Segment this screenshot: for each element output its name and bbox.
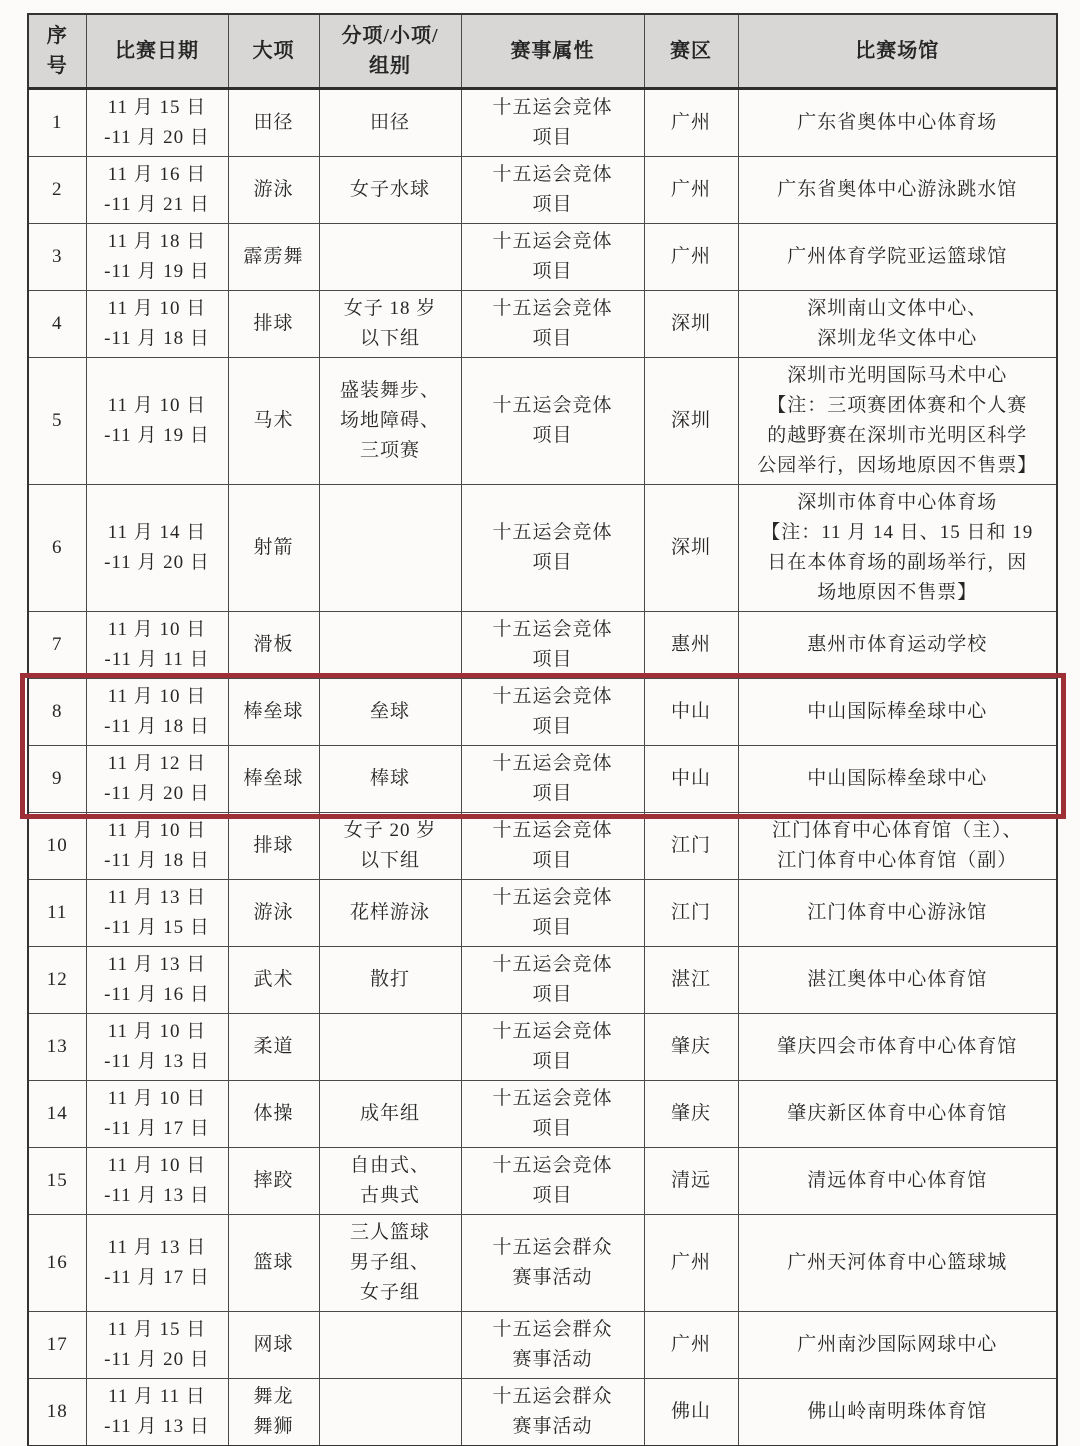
competition-zone: 广州	[644, 224, 738, 291]
column-header-event-attribute: 赛事属性	[461, 14, 644, 89]
major-event: 排球	[228, 813, 319, 880]
major-event: 游泳	[228, 880, 319, 947]
major-event: 网球	[228, 1312, 319, 1379]
sub-event-group: 成年组	[319, 1081, 461, 1148]
column-header-competition-zone: 赛区	[644, 14, 738, 89]
competition-zone: 清远	[644, 1148, 738, 1215]
row-number: 1	[28, 89, 86, 157]
row-number: 7	[28, 612, 86, 679]
major-event: 摔跤	[228, 1148, 319, 1215]
table-header-row: 序 号比赛日期大项分项/小项/ 组别赛事属性赛区比赛场馆	[28, 14, 1057, 89]
table-row: 1211 月 13 日 -11 月 16 日武术散打十五运会竞体 项目湛江湛江奥…	[28, 947, 1057, 1014]
major-event: 滑板	[228, 612, 319, 679]
major-event: 体操	[228, 1081, 319, 1148]
competition-date: 11 月 10 日 -11 月 18 日	[86, 679, 228, 746]
major-event: 柔道	[228, 1014, 319, 1081]
sub-event-group: 棒球	[319, 746, 461, 813]
competition-zone: 佛山	[644, 1379, 738, 1446]
event-attribute: 十五运会竞体 项目	[461, 813, 644, 880]
sub-event-group	[319, 1379, 461, 1446]
venue: 江门体育中心游泳馆	[738, 880, 1057, 947]
venue: 广东省奥体中心游泳跳水馆	[738, 157, 1057, 224]
competition-zone: 广州	[644, 1312, 738, 1379]
sub-event-group	[319, 612, 461, 679]
sub-event-group: 散打	[319, 947, 461, 1014]
competition-zone: 中山	[644, 679, 738, 746]
sub-event-group: 盛装舞步、 场地障碍、 三项赛	[319, 358, 461, 485]
competition-date: 11 月 10 日 -11 月 18 日	[86, 291, 228, 358]
competition-zone: 深圳	[644, 485, 738, 612]
sub-event-group	[319, 224, 461, 291]
venue: 深圳市体育中心体育场 【注：11 月 14 日、15 日和 19 日在本体育场的…	[738, 485, 1057, 612]
competition-zone: 深圳	[644, 358, 738, 485]
table-row: 1511 月 10 日 -11 月 13 日摔跤自由式、 古典式十五运会竞体 项…	[28, 1148, 1057, 1215]
venue: 中山国际棒垒球中心	[738, 679, 1057, 746]
table-row: 611 月 14 日 -11 月 20 日射箭十五运会竞体 项目深圳深圳市体育中…	[28, 485, 1057, 612]
venue: 广州体育学院亚运篮球馆	[738, 224, 1057, 291]
row-number: 5	[28, 358, 86, 485]
event-attribute: 十五运会竞体 项目	[461, 947, 644, 1014]
event-attribute: 十五运会竞体 项目	[461, 157, 644, 224]
competition-schedule-table: 序 号比赛日期大项分项/小项/ 组别赛事属性赛区比赛场馆 111 月 15 日 …	[27, 13, 1058, 1446]
table-row: 711 月 10 日 -11 月 11 日滑板十五运会竞体 项目惠州惠州市体育运…	[28, 612, 1057, 679]
row-number: 13	[28, 1014, 86, 1081]
venue: 深圳市光明国际马术中心 【注：三项赛团体赛和个人赛 的越野赛在深圳市光明区科学 …	[738, 358, 1057, 485]
row-number: 9	[28, 746, 86, 813]
event-attribute: 十五运会群众 赛事活动	[461, 1312, 644, 1379]
column-header-venue: 比赛场馆	[738, 14, 1057, 89]
competition-zone: 湛江	[644, 947, 738, 1014]
row-number: 10	[28, 813, 86, 880]
table-row: 1011 月 10 日 -11 月 18 日排球女子 20 岁 以下组十五运会竞…	[28, 813, 1057, 880]
event-attribute: 十五运会竞体 项目	[461, 485, 644, 612]
major-event: 游泳	[228, 157, 319, 224]
major-event: 棒垒球	[228, 679, 319, 746]
sub-event-group	[319, 1014, 461, 1081]
event-attribute: 十五运会竞体 项目	[461, 679, 644, 746]
major-event: 舞龙 舞狮	[228, 1379, 319, 1446]
column-header-sub-event-group: 分项/小项/ 组别	[319, 14, 461, 89]
competition-zone: 广州	[644, 1215, 738, 1312]
competition-date: 11 月 13 日 -11 月 17 日	[86, 1215, 228, 1312]
table-row: 1811 月 11 日 -11 月 13 日舞龙 舞狮十五运会群众 赛事活动佛山…	[28, 1379, 1057, 1446]
major-event: 射箭	[228, 485, 319, 612]
sub-event-group: 田径	[319, 89, 461, 157]
event-attribute: 十五运会竞体 项目	[461, 89, 644, 157]
table-row: 411 月 10 日 -11 月 18 日排球女子 18 岁 以下组十五运会竞体…	[28, 291, 1057, 358]
major-event: 棒垒球	[228, 746, 319, 813]
competition-date: 11 月 13 日 -11 月 16 日	[86, 947, 228, 1014]
column-header-competition-date: 比赛日期	[86, 14, 228, 89]
row-number: 2	[28, 157, 86, 224]
venue: 惠州市体育运动学校	[738, 612, 1057, 679]
competition-zone: 深圳	[644, 291, 738, 358]
row-number: 8	[28, 679, 86, 746]
event-attribute: 十五运会竞体 项目	[461, 358, 644, 485]
competition-zone: 中山	[644, 746, 738, 813]
major-event: 霹雳舞	[228, 224, 319, 291]
event-attribute: 十五运会群众 赛事活动	[461, 1215, 644, 1312]
sub-event-group: 女子水球	[319, 157, 461, 224]
table-row: 211 月 16 日 -11 月 21 日游泳女子水球十五运会竞体 项目广州广东…	[28, 157, 1057, 224]
row-number: 4	[28, 291, 86, 358]
event-attribute: 十五运会竞体 项目	[461, 1014, 644, 1081]
sub-event-group: 女子 18 岁 以下组	[319, 291, 461, 358]
row-number: 12	[28, 947, 86, 1014]
competition-date: 11 月 10 日 -11 月 17 日	[86, 1081, 228, 1148]
column-header-row-number: 序 号	[28, 14, 86, 89]
event-attribute: 十五运会竞体 项目	[461, 1148, 644, 1215]
event-attribute: 十五运会群众 赛事活动	[461, 1379, 644, 1446]
competition-date: 11 月 18 日 -11 月 19 日	[86, 224, 228, 291]
competition-date: 11 月 10 日 -11 月 18 日	[86, 813, 228, 880]
row-number: 11	[28, 880, 86, 947]
venue: 肇庆四会市体育中心体育馆	[738, 1014, 1057, 1081]
venue: 佛山岭南明珠体育馆	[738, 1379, 1057, 1446]
row-number: 15	[28, 1148, 86, 1215]
competition-date: 11 月 10 日 -11 月 19 日	[86, 358, 228, 485]
column-header-major-event: 大项	[228, 14, 319, 89]
event-attribute: 十五运会竞体 项目	[461, 1081, 644, 1148]
competition-date: 11 月 15 日 -11 月 20 日	[86, 89, 228, 157]
venue: 广州南沙国际网球中心	[738, 1312, 1057, 1379]
major-event: 篮球	[228, 1215, 319, 1312]
competition-date: 11 月 10 日 -11 月 13 日	[86, 1014, 228, 1081]
venue: 中山国际棒垒球中心	[738, 746, 1057, 813]
competition-zone: 肇庆	[644, 1081, 738, 1148]
row-number: 3	[28, 224, 86, 291]
table-row: 811 月 10 日 -11 月 18 日棒垒球垒球十五运会竞体 项目中山中山国…	[28, 679, 1057, 746]
sub-event-group: 自由式、 古典式	[319, 1148, 461, 1215]
sub-event-group: 垒球	[319, 679, 461, 746]
sub-event-group	[319, 1312, 461, 1379]
competition-zone: 广州	[644, 157, 738, 224]
major-event: 田径	[228, 89, 319, 157]
competition-zone: 广州	[644, 89, 738, 157]
sub-event-group	[319, 485, 461, 612]
competition-date: 11 月 16 日 -11 月 21 日	[86, 157, 228, 224]
event-attribute: 十五运会竞体 项目	[461, 746, 644, 813]
event-attribute: 十五运会竞体 项目	[461, 291, 644, 358]
venue: 清远体育中心体育馆	[738, 1148, 1057, 1215]
sub-event-group: 三人篮球 男子组、 女子组	[319, 1215, 461, 1312]
venue: 湛江奥体中心体育馆	[738, 947, 1057, 1014]
table-row: 1611 月 13 日 -11 月 17 日篮球三人篮球 男子组、 女子组十五运…	[28, 1215, 1057, 1312]
competition-date: 11 月 12 日 -11 月 20 日	[86, 746, 228, 813]
sub-event-group: 花样游泳	[319, 880, 461, 947]
event-attribute: 十五运会竞体 项目	[461, 224, 644, 291]
table-row: 1311 月 10 日 -11 月 13 日柔道十五运会竞体 项目肇庆肇庆四会市…	[28, 1014, 1057, 1081]
competition-date: 11 月 11 日 -11 月 13 日	[86, 1379, 228, 1446]
competition-zone: 肇庆	[644, 1014, 738, 1081]
venue: 肇庆新区体育中心体育馆	[738, 1081, 1057, 1148]
table-row: 911 月 12 日 -11 月 20 日棒垒球棒球十五运会竞体 项目中山中山国…	[28, 746, 1057, 813]
table-row: 311 月 18 日 -11 月 19 日霹雳舞十五运会竞体 项目广州广州体育学…	[28, 224, 1057, 291]
venue: 江门体育中心体育馆（主）、 江门体育中心体育馆（副）	[738, 813, 1057, 880]
table-row: 1711 月 15 日 -11 月 20 日网球十五运会群众 赛事活动广州广州南…	[28, 1312, 1057, 1379]
row-number: 14	[28, 1081, 86, 1148]
venue: 深圳南山文体中心、 深圳龙华文体中心	[738, 291, 1057, 358]
competition-date: 11 月 10 日 -11 月 13 日	[86, 1148, 228, 1215]
table-row: 1411 月 10 日 -11 月 17 日体操成年组十五运会竞体 项目肇庆肇庆…	[28, 1081, 1057, 1148]
major-event: 排球	[228, 291, 319, 358]
venue: 广东省奥体中心体育场	[738, 89, 1057, 157]
page: 序 号比赛日期大项分项/小项/ 组别赛事属性赛区比赛场馆 111 月 15 日 …	[0, 0, 1080, 1446]
competition-date: 11 月 10 日 -11 月 11 日	[86, 612, 228, 679]
table-row: 511 月 10 日 -11 月 19 日马术盛装舞步、 场地障碍、 三项赛十五…	[28, 358, 1057, 485]
row-number: 17	[28, 1312, 86, 1379]
sub-event-group: 女子 20 岁 以下组	[319, 813, 461, 880]
table-row: 1111 月 13 日 -11 月 15 日游泳花样游泳十五运会竞体 项目江门江…	[28, 880, 1057, 947]
major-event: 武术	[228, 947, 319, 1014]
row-number: 16	[28, 1215, 86, 1312]
table-row: 111 月 15 日 -11 月 20 日田径田径十五运会竞体 项目广州广东省奥…	[28, 89, 1057, 157]
event-attribute: 十五运会竞体 项目	[461, 612, 644, 679]
venue: 广州天河体育中心篮球城	[738, 1215, 1057, 1312]
competition-zone: 江门	[644, 813, 738, 880]
row-number: 6	[28, 485, 86, 612]
competition-zone: 江门	[644, 880, 738, 947]
competition-date: 11 月 14 日 -11 月 20 日	[86, 485, 228, 612]
event-attribute: 十五运会竞体 项目	[461, 880, 644, 947]
competition-date: 11 月 13 日 -11 月 15 日	[86, 880, 228, 947]
competition-zone: 惠州	[644, 612, 738, 679]
major-event: 马术	[228, 358, 319, 485]
row-number: 18	[28, 1379, 86, 1446]
competition-date: 11 月 15 日 -11 月 20 日	[86, 1312, 228, 1379]
